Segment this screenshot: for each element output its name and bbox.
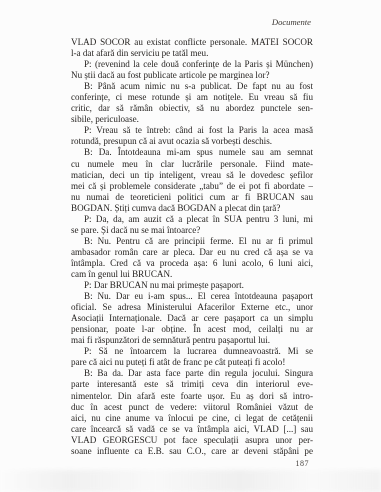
- text-line: rotundă, presupun că ai avut ocazia să v…: [71, 136, 313, 147]
- text-line: soane influente ca E.B. sau C.O., care a…: [71, 446, 313, 457]
- text-line: l-a dat afară din serviciu pe tatăl meu.: [71, 48, 313, 59]
- text-line: ambasador român care ar pleca. Dar eu nu…: [71, 247, 313, 258]
- text-line: întâmpla. Cred că va proceda așa: 6 luni…: [71, 258, 313, 269]
- paragraph: B: Ba da. Dar asta face parte din regula…: [71, 368, 313, 456]
- page-number: 187: [71, 459, 309, 468]
- text-line: duc în acest punct de vedere: viitorul R…: [71, 402, 313, 413]
- text-line: pensionar, poate l-ar obține. În acest m…: [71, 324, 313, 335]
- text-line: matician, deci un tip inteligent, vreau …: [71, 170, 313, 181]
- paragraph: P: Dar BRUCAN nu mai primește pașaport.: [71, 280, 313, 291]
- text-line: parte interesantă este să trimiți ceva d…: [71, 379, 313, 390]
- text-line: BOGDAN. Știți cumva dacă BOGDAN a plecat…: [71, 203, 313, 214]
- paragraph: B: Nu. Pentru că are principii ferme. El…: [71, 236, 313, 280]
- text-line: critic, dar să rămân obiectiv, să nu abo…: [71, 103, 313, 114]
- text-line: care încearcă să vadă ce se va întâmpla …: [71, 424, 313, 435]
- text-line: P: Dar BRUCAN nu mai primește pașaport.: [71, 280, 313, 291]
- running-header: Documente: [71, 17, 311, 27]
- text-line: VLAD SOCOR au existat conflicte personal…: [71, 37, 313, 48]
- paragraph: B: Da. Întotdeauna mi-am spus numele sau…: [71, 147, 313, 213]
- text-line: P: Da, da, am auzit că a plecat în SUA p…: [71, 214, 313, 225]
- text-line: Asociații Internaționale. Dacă ar cere p…: [71, 313, 313, 324]
- paragraph: P: (revenind la cele două conferințe de …: [71, 59, 313, 81]
- text-line: B: Ba da. Dar asta face parte din regula…: [71, 368, 313, 379]
- text-line: mei că și problemele considerate „tabu” …: [71, 181, 313, 192]
- text-line: P: Vreau să te întreb: când ai fost la P…: [71, 125, 313, 136]
- scan-artifact: [0, 470, 381, 492]
- text-line: se pare. Și dacă nu se mai întoarce?: [71, 225, 313, 236]
- text-line: B: Nu. Pentru că are principii ferme. El…: [71, 236, 313, 247]
- text-line: pare că aici nu puteți fi atât de franc …: [71, 357, 313, 368]
- text-line: VLAD GEORGESCU pot face speculații asupr…: [71, 435, 313, 446]
- text-line: nimentelor. Din afară este foarte ușor. …: [71, 391, 313, 402]
- text-line: cam în genul lui BRUCAN.: [71, 269, 313, 280]
- text-line: aici, nu cine anume va înlocui pe cine, …: [71, 413, 313, 424]
- text-line: P: (revenind la cele două conferințe de …: [71, 59, 313, 70]
- text-line: Nu știi dacă au fost publicate articole …: [71, 70, 313, 81]
- text-line: sibile, periculoase.: [71, 114, 313, 125]
- book-page: Documente VLAD SOCOR au existat conflict…: [0, 0, 381, 492]
- paragraph: P: Vreau să te întreb: când ai fost la P…: [71, 125, 313, 147]
- text-line: conferințe, ci mese rotunde și am notițe…: [71, 92, 313, 103]
- text-line: B: Da. Întotdeauna mi-am spus numele sau…: [71, 147, 313, 158]
- text-line: oficial. Se adresa Ministerului Afaceril…: [71, 302, 313, 313]
- text-line: mai fi răspunzători de semnătură pentru …: [71, 335, 313, 346]
- page-text: VLAD SOCOR au existat conflicte personal…: [71, 37, 313, 459]
- text-line: P: Să ne întoarcem la lucrarea dumneavoa…: [71, 346, 313, 357]
- paragraph: B: Nu. Dar eu i-am spus... El cerea înto…: [71, 291, 313, 346]
- text-line: nu numai de teoreticieni politici cum ar…: [71, 192, 313, 203]
- text-line: cu numele meu în clar lucrările personal…: [71, 159, 313, 170]
- text-line: B: Nu. Dar eu i-am spus... El cerea înto…: [71, 291, 313, 302]
- paragraph: B: Până acum nimic nu s-a publicat. De f…: [71, 81, 313, 125]
- paragraph: P: Să ne întoarcem la lucrarea dumneavoa…: [71, 346, 313, 368]
- paragraph: VLAD SOCOR au existat conflicte personal…: [71, 37, 313, 59]
- paragraph: P: Da, da, am auzit că a plecat în SUA p…: [71, 214, 313, 236]
- text-line: B: Până acum nimic nu s-a publicat. De f…: [71, 81, 313, 92]
